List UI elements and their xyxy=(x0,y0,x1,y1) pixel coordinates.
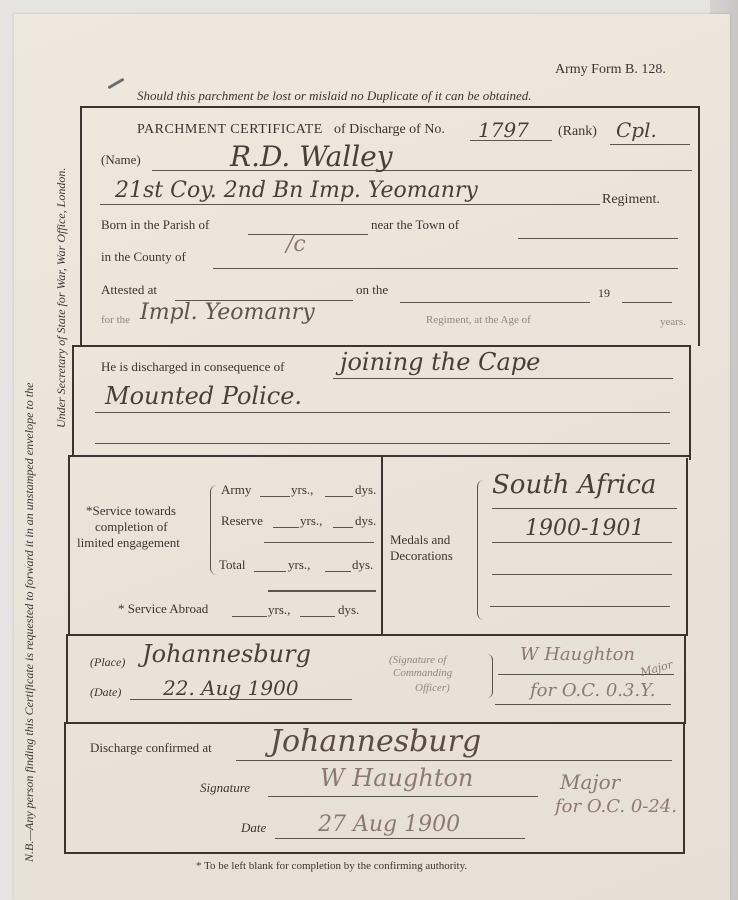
rank-value: Cpl. xyxy=(616,118,657,142)
reserve-dys-label: dys. xyxy=(355,513,376,529)
frame-right-1 xyxy=(698,106,700,346)
service-label-3: limited engagement xyxy=(77,535,180,551)
divider-2 xyxy=(68,455,690,457)
abroad-dys-field[interactable] xyxy=(300,616,335,617)
confirm-for: for O.C. 0-24. xyxy=(555,796,677,817)
total-dys-label: dys. xyxy=(352,557,373,573)
confirm-date: 27 Aug 1900 xyxy=(318,812,460,837)
abroad-yrs-label: yrs., xyxy=(268,602,290,618)
side-note-line1: N.B.—Any person finding this Certificate… xyxy=(22,383,37,862)
service-brace xyxy=(210,485,217,575)
total-label: Total xyxy=(219,557,246,573)
medals-label-2: Decorations xyxy=(390,548,453,564)
date-label: (Date) xyxy=(90,685,121,700)
born-parish-label: Born in the Parish of xyxy=(101,217,209,233)
divider-3 xyxy=(66,634,688,636)
frame-left-4 xyxy=(66,634,68,724)
on-the-label: on the xyxy=(356,282,388,298)
confirmed-at-value: Johannesburg xyxy=(270,724,481,759)
frame-top xyxy=(80,106,700,108)
medals-brace xyxy=(477,480,484,620)
pencil-mark: /c xyxy=(286,232,306,257)
reason-line-1 xyxy=(333,378,673,379)
reason-line-2 xyxy=(95,412,670,413)
frame-left-1 xyxy=(80,106,82,346)
year-prefix: 19 xyxy=(598,286,610,301)
confirmed-at-label: Discharge confirmed at xyxy=(90,740,212,756)
confirm-title: Major xyxy=(560,770,620,794)
frame-right-3 xyxy=(686,458,688,636)
attested-label: Attested at xyxy=(101,282,157,298)
service-label-2: completion of xyxy=(95,519,168,535)
reserve-label: Reserve xyxy=(221,513,263,529)
regiment-label: Regiment. xyxy=(602,192,660,208)
co-brace xyxy=(487,654,493,698)
side-note-line2: Under Secretary of State for War, War Of… xyxy=(54,168,69,428)
frame-right-2 xyxy=(689,345,691,460)
footnote: * To be left blank for completion by the… xyxy=(196,860,467,872)
co-signature: W Haughton xyxy=(520,644,635,665)
county-label: in the County of xyxy=(101,249,186,265)
frame-right-4 xyxy=(684,636,686,724)
co-title-line xyxy=(495,704,671,705)
certificate-title: PARCHMENT CERTIFICATE xyxy=(137,122,323,138)
for-the-value: Impl. Yeomanry xyxy=(140,300,315,325)
year-field[interactable] xyxy=(622,302,672,303)
medals-label-1: Medals and xyxy=(390,532,450,548)
reserve-yrs-field[interactable] xyxy=(273,527,299,528)
discharge-reason-line1: joining the Cape xyxy=(340,348,540,376)
unit-value: 21st Coy. 2nd Bn Imp. Yeomanry xyxy=(115,178,478,203)
discharge-reason-label: He is discharged in consequence of xyxy=(101,359,285,375)
lost-notice: Should this parchment be lost or mislaid… xyxy=(137,88,532,104)
county-field[interactable] xyxy=(213,268,678,269)
co-for: for O.C. 0.3.Y. xyxy=(530,680,655,701)
reserve-dys-field[interactable] xyxy=(333,527,353,528)
medals-value-1: South Africa xyxy=(492,470,656,500)
name-label: (Name) xyxy=(101,152,141,168)
confirm-date-line xyxy=(275,838,525,839)
abroad-dys-label: dys. xyxy=(338,602,359,618)
years-label: years. xyxy=(660,316,686,328)
confirmed-at-line xyxy=(236,760,672,761)
near-town-label: near the Town of xyxy=(371,217,459,233)
service-abroad-label: * Service Abroad xyxy=(118,601,208,617)
frame-right-5 xyxy=(683,724,685,854)
frame-left-5 xyxy=(64,722,66,854)
discharge-reason-line2: Mounted Police. xyxy=(105,382,302,410)
frame-left-2 xyxy=(72,345,74,455)
medals-line-1 xyxy=(492,508,677,509)
divider-1 xyxy=(72,345,690,347)
signature-line xyxy=(268,796,538,797)
service-total-line xyxy=(268,590,376,592)
co-label-1: (Signature of xyxy=(389,654,446,666)
army-label: Army xyxy=(221,482,251,498)
rank-line xyxy=(610,144,690,145)
certificate-title-suffix: of Discharge of No. xyxy=(334,122,445,138)
reserve-yrs-label: yrs., xyxy=(300,513,322,529)
reason-line-3 xyxy=(95,443,670,444)
medals-value-2: 1900-1901 xyxy=(525,516,644,541)
confirm-signature: W Haughton xyxy=(320,764,473,792)
co-label-3: Officer) xyxy=(415,682,450,694)
army-yrs-field[interactable] xyxy=(260,496,290,497)
co-label-2: Commanding xyxy=(393,667,452,679)
frame-bottom xyxy=(64,852,685,854)
medals-line-2 xyxy=(492,542,672,543)
certificate-number: 1797 xyxy=(478,118,529,142)
attested-date-field[interactable] xyxy=(400,302,590,303)
army-yrs-label: yrs., xyxy=(291,482,313,498)
place-value: Johannesburg xyxy=(142,640,311,668)
total-dys-field[interactable] xyxy=(325,571,351,572)
abroad-yrs-field[interactable] xyxy=(232,616,267,617)
service-label-1: *Service towards xyxy=(86,503,176,519)
rank-label: (Rank) xyxy=(558,124,597,140)
date-value: 22. Aug 1900 xyxy=(163,676,299,700)
unit-line xyxy=(100,204,600,205)
frame-left-3 xyxy=(68,455,70,635)
army-dys-field[interactable] xyxy=(325,496,353,497)
near-town-field[interactable] xyxy=(518,238,678,239)
medals-line-4 xyxy=(490,606,670,607)
form-number: Army Form B. 128. xyxy=(555,62,666,78)
medals-line-3 xyxy=(492,574,672,575)
soldier-name: R.D. Walley xyxy=(230,140,393,173)
total-yrs-label: yrs., xyxy=(288,557,310,573)
total-yrs-field[interactable] xyxy=(254,571,286,572)
born-parish-field[interactable] xyxy=(248,234,368,235)
signature-label: Signature xyxy=(200,780,250,796)
service-medals-divider xyxy=(381,457,383,635)
army-dys-label: dys. xyxy=(355,482,376,498)
regiment-age-label: Regiment, at the Age of xyxy=(426,314,531,326)
for-the-label: for the xyxy=(101,314,130,326)
service-sum-line xyxy=(264,542,374,543)
place-label: (Place) xyxy=(90,655,125,670)
confirm-date-label: Date xyxy=(241,820,266,836)
